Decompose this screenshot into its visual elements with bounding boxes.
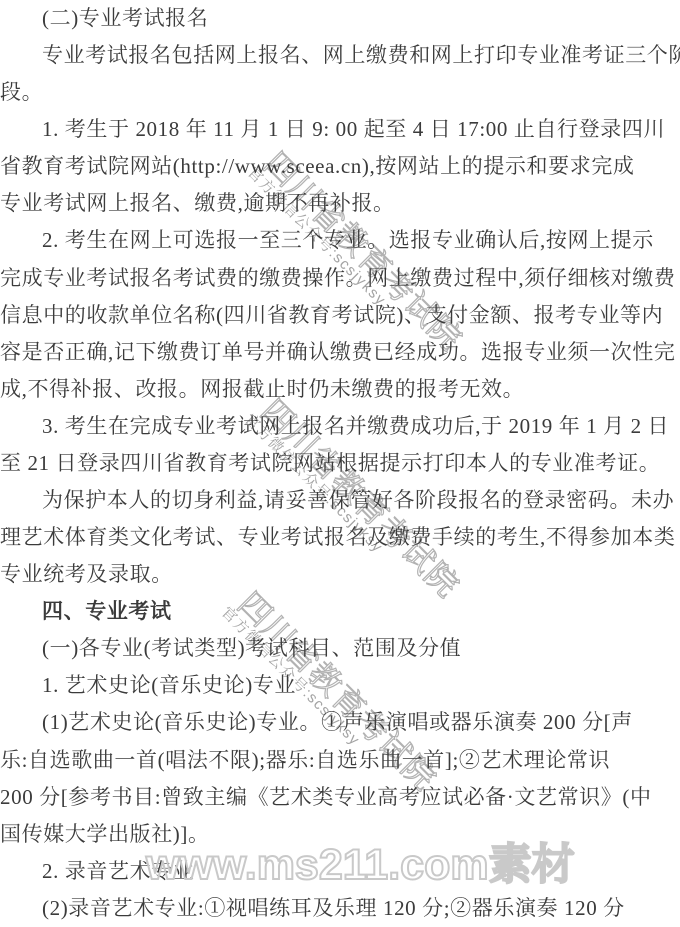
- scanned-document-page: 四川省教育考试院 官方微信公众号:scsjyksy 四川省教育考试院 官方微信公…: [0, 0, 680, 927]
- item-2-line5: 成,不得补报、改报。网报截止时仍未缴费的报考无效。: [0, 371, 680, 408]
- para-password-notice-line3: 专业统考及录取。: [0, 556, 680, 593]
- item-2-line4: 容是否正确,记下缴费订单号并确认缴费已经成功。选报专业须一次性完: [0, 334, 680, 371]
- item-3-line2: 至 21 日登录四川省教育考试院网站根据提示打印本人的专业准考证。: [0, 445, 680, 482]
- item-2-line3: 信息中的收款单位名称(四川省教育考试院)、支付金额、报考专业等内: [0, 297, 680, 334]
- item-recording-art-detail: (2)录音艺术专业:①视唱练耳及乐理 120 分;②器乐演奏 120 分: [0, 890, 680, 927]
- item-art-history-detail-line2: 乐:自选歌曲一首(唱法不限);器乐:自选乐曲一首];②艺术理论常识: [0, 742, 680, 779]
- item-art-history-detail-line1: (1)艺术史论(音乐史论)专业。①声乐演唱或器乐演奏 200 分[声: [0, 704, 680, 741]
- item-3-line1: 3. 考生在完成专业考试网上报名并缴费成功后,于 2019 年 1 月 2 日: [0, 408, 680, 445]
- item-art-history-heading: 1. 艺术史论(音乐史论)专业: [0, 667, 680, 704]
- item-1-line3: 专业考试网上报名、缴费,逾期不再补报。: [0, 185, 680, 222]
- para-registration-overview-line1: 专业考试报名包括网上报名、网上缴费和网上打印专业准考证三个阶: [0, 37, 680, 74]
- item-art-history-detail-line3: 200 分[参考书目:曾致主编《艺术类专业高考应试必备·文艺常识》(中: [0, 779, 680, 816]
- para-password-notice-line2: 理艺术体育类文化考试、专业考试报名及缴费手续的考生,不得参加本类: [0, 519, 680, 556]
- item-recording-art-heading: 2. 录音艺术专业: [0, 853, 680, 890]
- item-art-history-detail-line4: 国传媒大学出版社)]。: [0, 816, 680, 853]
- item-1-line2: 省教育考试院网站(http://www.sceea.cn),按网站上的提示和要求…: [0, 148, 680, 185]
- item-1-line1: 1. 考生于 2018 年 11 月 1 日 9: 00 起至 4 日 17:0…: [0, 111, 680, 148]
- para-registration-overview-line2: 段。: [0, 74, 680, 111]
- item-2-line1: 2. 考生在网上可选报一至三个专业。选报专业确认后,按网上提示: [0, 222, 680, 259]
- para-password-notice-line1: 为保护本人的切身利益,请妥善保管好各阶段报名的登录密码。未办: [0, 482, 680, 519]
- item-2-line2: 完成专业考试报名考试费的缴费操作。网上缴费过程中,须仔细核对缴费: [0, 260, 680, 297]
- subsection-heading-subjects-scores: (一)各专业(考试类型)考试科目、范围及分值: [0, 630, 680, 667]
- document-body: (二)专业考试报名 专业考试报名包括网上报名、网上缴费和网上打印专业准考证三个阶…: [0, 0, 680, 927]
- subsection-heading-exam-registration: (二)专业考试报名: [0, 0, 680, 37]
- section-heading-professional-exam: 四、专业考试: [0, 593, 680, 630]
